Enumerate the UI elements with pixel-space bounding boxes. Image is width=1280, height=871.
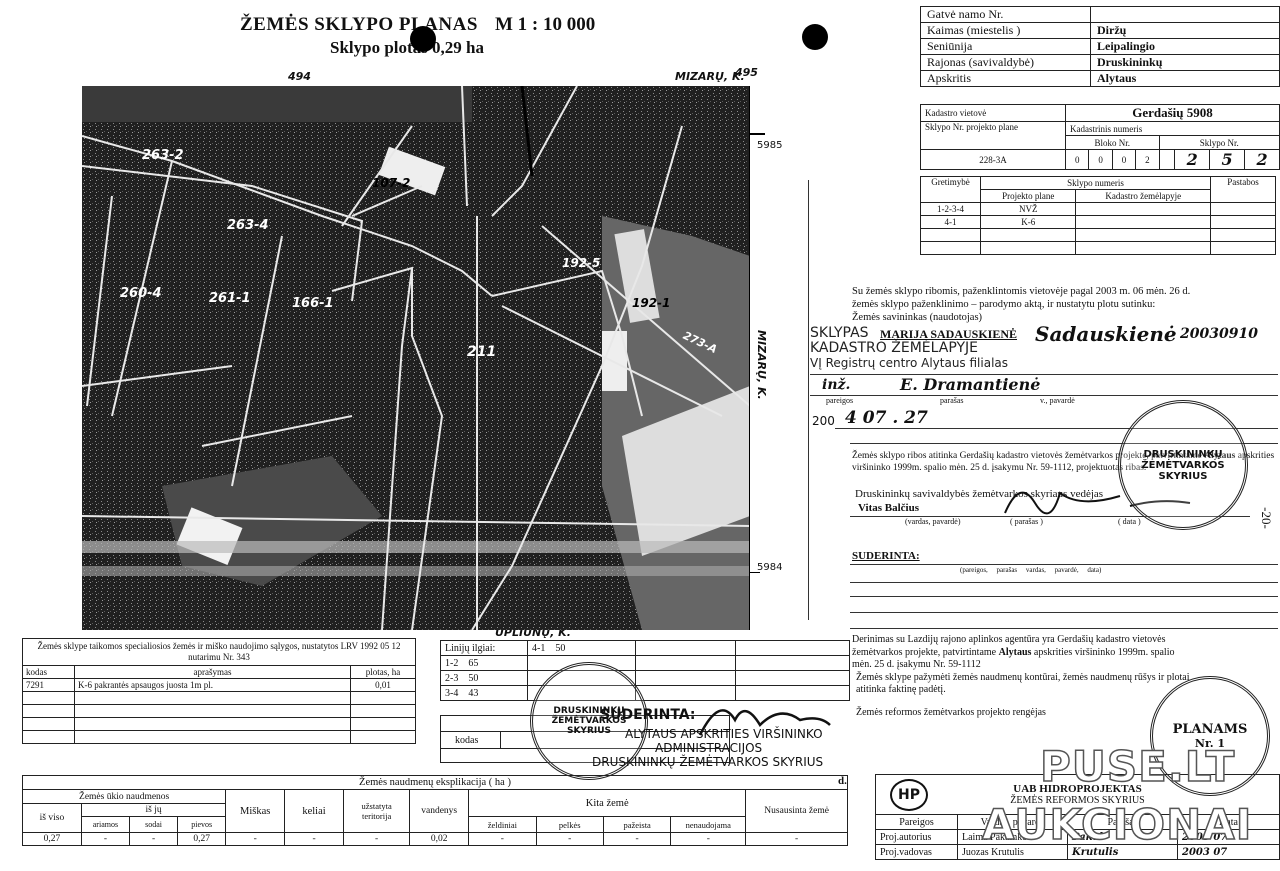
registrar-position: inž.	[822, 377, 850, 393]
table-row	[23, 705, 416, 718]
district-stamp: DRUSKININKŲ ŽEMĖTVARKOS SKYRIUS	[1118, 400, 1248, 530]
table-row	[921, 229, 1276, 242]
table-row	[921, 242, 1276, 255]
street-label-right: MIZARŲ, K.	[755, 330, 768, 400]
county-signature	[690, 690, 840, 745]
aerial-photo-map: 263-2 263-4 107-2 260-4 261-1 166-1 192-…	[82, 86, 750, 630]
coord-y-5984: 5984	[757, 562, 782, 573]
plot-area-value: 0,29	[432, 38, 462, 57]
parcel-label: 192-1	[632, 296, 670, 310]
parcel-boundaries	[82, 86, 750, 630]
parcel-label: 261-1	[209, 291, 251, 306]
map-scale: M 1 : 10 000	[495, 14, 595, 36]
parcel-label: 192-5	[562, 256, 600, 270]
company-logo-icon: HP	[890, 779, 928, 811]
parcel-label: 211	[467, 344, 496, 360]
caption-name: v., pavardė	[1040, 396, 1075, 405]
neighbours-table: GretimybėSklypo numerisPastabos Projekto…	[920, 176, 1276, 255]
caption-position: pareigos	[826, 396, 853, 405]
table-row: 7291K-6 pakrantės apsaugos juosta 1m pl.…	[23, 679, 416, 692]
parcel-label: 166-1	[292, 296, 334, 311]
table-row	[23, 718, 416, 731]
table-row: Gatvė namo Nr.	[921, 7, 1280, 23]
address-table: Gatvė namo Nr. Kaimas (miestelis )Diržų …	[920, 6, 1280, 87]
watermark-line1: PUSE.LT	[1040, 742, 1235, 791]
coord-x-494: 494	[288, 70, 311, 83]
owner-date: 20030910	[1180, 326, 1258, 342]
date-prefix: 200	[812, 414, 835, 428]
head-name: Vitas Balčius	[858, 502, 919, 514]
watermark-line2: AUKCIONAI	[982, 800, 1252, 849]
plot-area: Sklypo plotas 0,29 ha	[330, 38, 484, 58]
plot-area-unit: ha	[466, 38, 484, 57]
caption-signature: parašas	[940, 396, 964, 405]
table-row: 1-2-3-4NVŽ	[921, 203, 1276, 216]
parcel-label: 107-2	[372, 176, 410, 190]
suderinta-stamp-title: SUDERINTA:	[600, 707, 696, 723]
cadastre-table: Kadastro vietovėGerdašių 5908 Sklypo Nr.…	[920, 104, 1280, 170]
table-row: SeniūnijaLeipalingio	[921, 39, 1280, 55]
table-row	[23, 692, 416, 705]
parcel-label: 260-4	[120, 286, 162, 301]
section-divider	[808, 180, 809, 620]
table-row: ApskritisAlytaus	[921, 71, 1280, 87]
parcel-label: 263-2	[142, 148, 184, 163]
table-row: 4-1K-6	[921, 216, 1276, 229]
coord-y-5985: 5985	[757, 140, 782, 151]
coord-x-495: 495	[735, 66, 758, 79]
table-row: Rajonas (savivaldybė)Druskininkų	[921, 55, 1280, 71]
table-row: Kaimas (miestelis )Diržų	[921, 23, 1280, 39]
registrar-signature: E. Dramantienė	[900, 375, 1040, 394]
punch-hole-icon	[410, 26, 436, 52]
page-number: -20-	[1258, 507, 1274, 529]
table-row	[23, 731, 416, 744]
special-conditions-table: Žemės sklype taikomos specialiosios žemė…	[22, 638, 416, 744]
owner-signature: Sadauskienė	[1035, 322, 1177, 346]
parcel-label: 263-4	[227, 218, 269, 233]
suderinta-stamp-line3: DRUSKININKŲ ŽEMĖTVARKOS SKYRIUS	[592, 755, 823, 769]
owner-name: MARIJA SADAUSKIENĖ	[880, 327, 1017, 342]
owner-agreement-text: Su žemės sklypo ribomis, paženklintomis …	[852, 285, 1277, 324]
explication-table: Žemės naudmenų eksplikacija ( ha ) Žemės…	[22, 775, 848, 846]
punch-hole-icon	[802, 24, 828, 50]
table-row: 0,27 - - 0,27 - - - 0,02 - - - - -	[23, 833, 848, 846]
registration-date: 4 07 . 27	[845, 408, 928, 428]
suderinta-label: SUDERINTA:	[852, 550, 920, 562]
document-title: ŽEMĖS SKLYPO PLANAS	[240, 14, 478, 36]
